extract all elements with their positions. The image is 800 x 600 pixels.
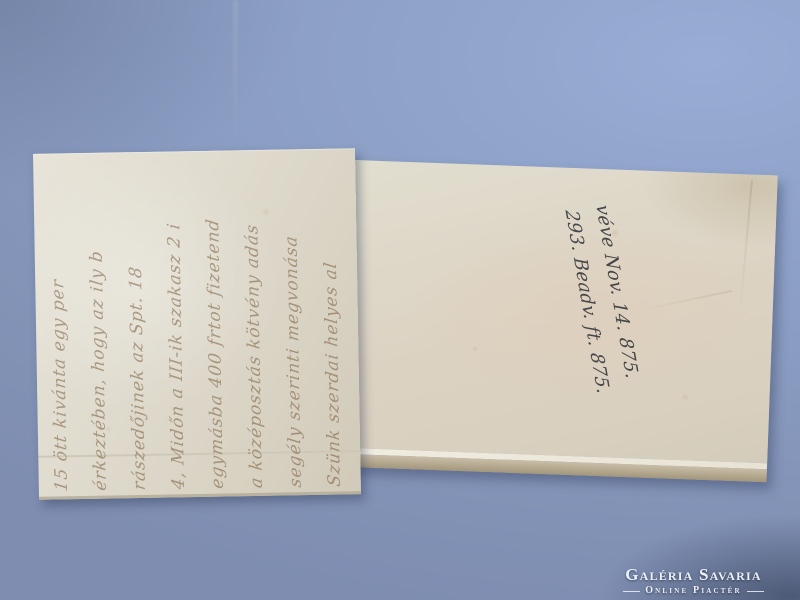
paper-wrinkle xyxy=(634,290,732,313)
handwriting-line: a középosztás kötvény adás xyxy=(232,156,277,491)
watermark-subtitle: Online Piactér xyxy=(591,585,796,597)
paper-crease xyxy=(739,181,753,311)
watermark-title: Galéria Savaria xyxy=(591,565,796,584)
handwriting-line: Szünk szerdai helyes al xyxy=(310,154,355,489)
handwriting-line: egymásba 400 frtot fizetend xyxy=(193,156,238,491)
handwriting-line: rászedőjinek az Spt. 18 xyxy=(115,158,160,493)
letter-body-text: 15 ött kivánta egy per érkeztében, hogy … xyxy=(37,156,357,491)
registry-note: véve Nov. 14. 875. 293. Beadv. ft. 875. xyxy=(554,202,661,464)
handwriting-line: segély szerinti megvonása xyxy=(271,155,316,490)
watermark: Galéria Savaria Online Piactér xyxy=(591,565,796,597)
handwriting-line: 15 ött kivánta egy per xyxy=(37,159,82,494)
handwriting-line: 4, Midőn a III-ik szakasz 2 i xyxy=(154,157,199,492)
backdrop-fold-streak xyxy=(233,0,238,158)
paper-face-right: véve Nov. 14. 875. 293. Beadv. ft. 875. xyxy=(344,160,777,463)
folded-document-right: véve Nov. 14. 875. 293. Beadv. ft. 875. xyxy=(344,160,778,482)
folded-letter-left: 15 ött kivánta egy per érkeztében, hogy … xyxy=(33,148,361,500)
product-photo: véve Nov. 14. 875. 293. Beadv. ft. 875. … xyxy=(0,0,800,600)
handwriting-line: érkeztében, hogy az ily b xyxy=(76,158,121,493)
paper-edge xyxy=(39,491,361,500)
